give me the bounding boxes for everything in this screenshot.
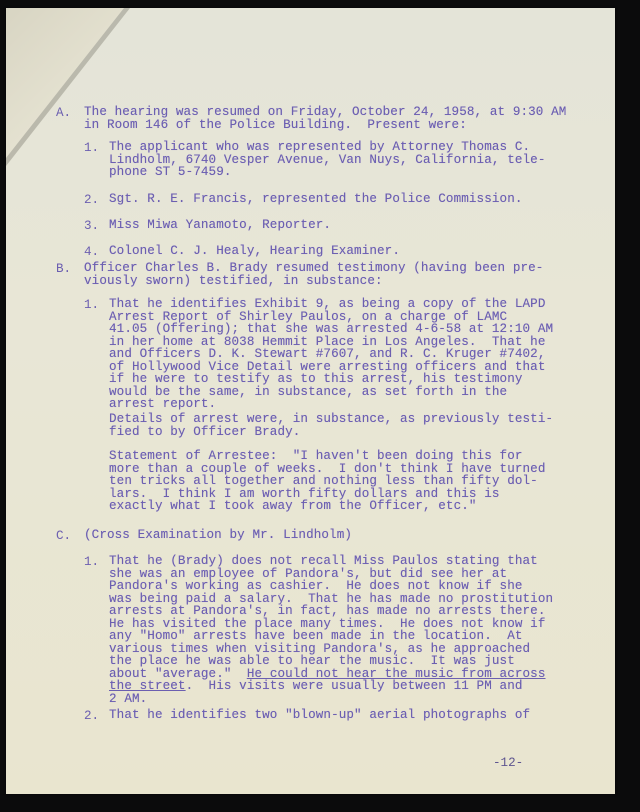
item-label: 4.: [84, 245, 99, 259]
item-label: 2.: [84, 709, 99, 723]
section-text: Officer Charles B. Brady resumed testimo…: [84, 262, 543, 287]
underlined-text: He could not hear the music from across: [247, 667, 546, 681]
item-text: That he (Brady) does not recall Miss Pau…: [109, 555, 553, 705]
section-label: B.: [56, 262, 71, 276]
item-label: 1.: [84, 555, 99, 569]
section-label: A.: [56, 106, 71, 120]
section-text: The hearing was resumed on Friday, Octob…: [84, 106, 566, 131]
item-text: The applicant who was represented by Att…: [109, 141, 545, 179]
underlined-text: the street: [109, 679, 186, 693]
section-text: (Cross Examination by Mr. Lindholm): [84, 529, 352, 542]
item-label: 1.: [84, 298, 99, 312]
section-label: C.: [56, 529, 71, 543]
item-text: That he identifies Exhibit 9, as being a…: [109, 298, 553, 411]
item-text: Statement of Arrestee: "I haven't been d…: [109, 450, 545, 513]
item-label: 3.: [84, 219, 99, 233]
item-label: 1.: [84, 141, 99, 155]
item-text: Colonel C. J. Healy, Hearing Examiner.: [109, 245, 400, 258]
item-text: Miss Miwa Yanamoto, Reporter.: [109, 219, 331, 232]
item-text: Details of arrest were, in substance, as…: [109, 413, 553, 438]
item-text: Sgt. R. E. Francis, represented the Poli…: [109, 193, 523, 206]
page-number: -12-: [493, 756, 523, 770]
item-label: 2.: [84, 193, 99, 207]
item-text: That he identifies two "blown-up" aerial…: [109, 709, 530, 722]
